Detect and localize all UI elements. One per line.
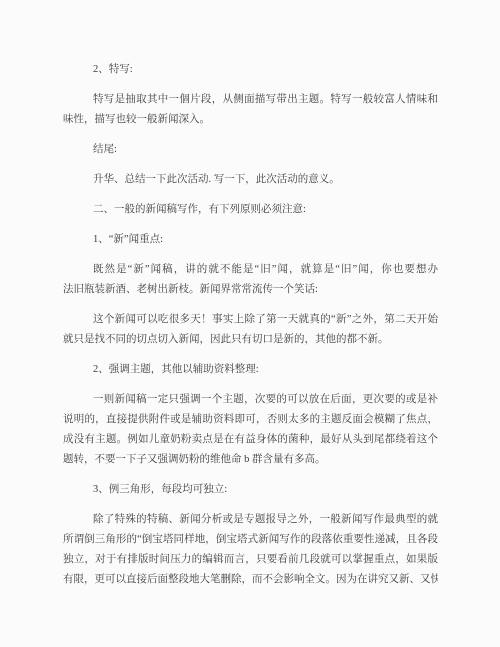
- paragraph: 3、例三角形，每段均可独立:: [63, 480, 438, 500]
- text-line: 就只是找不同的切点切入新闻，因此只有切口是新的，其他的都不新。: [63, 330, 438, 350]
- text-line: 3、例三角形，每段均可独立:: [63, 480, 438, 500]
- text-line: 法旧瓶装新酒、老树出新枝。新闻界常常流传一个笑话:: [63, 280, 438, 300]
- document-page: 2、特写:特写是抽取其中一個片段，从侧面描写带出主题。特写一般较富人情味和趣味性…: [0, 0, 500, 647]
- text-line: 题转，不要一下子又强调奶粉的维他命 b 群含量有多高。: [63, 450, 438, 470]
- paragraph: 既然是“新”闻稿，讲的就不能是“旧”闻，就算是“旧”闻，你也要想办法旧瓶装新酒、…: [63, 260, 438, 300]
- paragraph: 这个新闻可以吃很多天！事实上除了第一天就真的“新”之外，第二天开始就只是找不同的…: [63, 310, 438, 350]
- text-line: 特写是抽取其中一個片段，从侧面描写带出主题。特写一般较富人情味和趣: [63, 90, 438, 110]
- paragraph: 2、强调主题，其他以辅助资料整理:: [63, 360, 438, 380]
- paragraph: 一则新闻稿一定只强调一个主题，次要的可以放在后面，更次要的或是补充说明的，直接提…: [63, 390, 438, 470]
- text-line: 独立，对于有排版时间压力的编辑而言，只要看前几段就可以掌握重点，如果版面: [63, 550, 438, 570]
- paragraph: 除了特殊的特稿、新闻分析或是专题报导之外，一般新闻写作最典型的就是所谓倒三角形的…: [63, 510, 438, 590]
- text-line: 说明的，直接提供附件或是辅助资料即可，否则太多的主题反面会模糊了焦点，变: [63, 410, 438, 430]
- text-line: 成没有主题。例如儿童奶粉卖点是在有益身体的菌种，最好从头到尾都绕着这个主: [63, 430, 438, 450]
- text-line: 这个新闻可以吃很多天！事实上除了第一天就真的“新”之外，第二天开始: [63, 310, 438, 330]
- text-line: 一则新闻稿一定只强调一个主题，次要的可以放在后面，更次要的或是补充: [63, 390, 438, 410]
- paragraph: 二、一般的新闻稿写作，有下列原则必须注意:: [63, 200, 438, 220]
- paragraph: 特写是抽取其中一個片段，从侧面描写带出主题。特写一般较富人情味和趣味性，描写也较…: [63, 90, 438, 130]
- text-line: 结尾:: [63, 140, 438, 160]
- text-line: 所谓倒三角形的“倒宝塔同样地，倒宝塔式新闻写作的段落依重要性递减，且各段: [63, 530, 438, 550]
- text-line: 既然是“新”闻稿，讲的就不能是“旧”闻，就算是“旧”闻，你也要想办: [63, 260, 438, 280]
- text-line: 除了特殊的特稿、新闻分析或是专题报导之外，一般新闻写作最典型的就是: [63, 510, 438, 530]
- text-line: 1、“新”闻重点:: [63, 230, 438, 250]
- paragraph: 1、“新”闻重点:: [63, 230, 438, 250]
- paragraph: 升华、总结一下此次活动. 写一下，此次活动的意义。: [63, 170, 438, 190]
- text-line: 2、强调主题，其他以辅助资料整理:: [63, 360, 438, 380]
- text-line: 二、一般的新闻稿写作，有下列原则必须注意:: [63, 200, 438, 220]
- text-line: 升华、总结一下此次活动. 写一下，此次活动的意义。: [63, 170, 438, 190]
- document-text-body: 2、特写:特写是抽取其中一個片段，从侧面描写带出主题。特写一般较富人情味和趣味性…: [63, 60, 438, 600]
- text-line: 2、特写:: [63, 60, 438, 80]
- text-line: 有限，更可以直接后面整段地大笔删除，而不会影响全文。因为在讲究又新、又快: [63, 570, 438, 590]
- paragraph: 结尾:: [63, 140, 438, 160]
- paragraph: 2、特写:: [63, 60, 438, 80]
- text-line: 味性，描写也较一般新闻深入。: [63, 110, 438, 130]
